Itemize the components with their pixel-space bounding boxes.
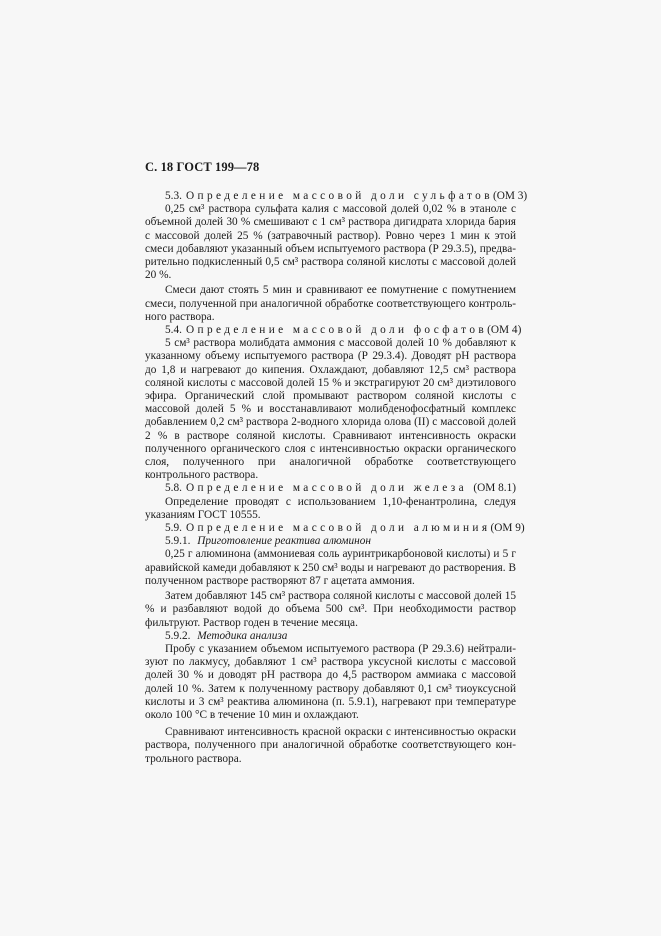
subsection-title: Приготовление реактива алюминон	[197, 535, 371, 547]
subsection-number: 5.9.2.	[165, 630, 190, 642]
section-code: (ОМ 4)	[487, 324, 521, 337]
section-code: (ОМ 3)	[493, 190, 527, 203]
section-number: 5.4.	[165, 324, 182, 337]
paragraph: Затем добавляют 145 см³ раствора соляной…	[145, 590, 516, 630]
paragraph: 5 см³ раствора молибдата аммония с массо…	[145, 337, 516, 482]
section-title: Определение массовой доли сульфатов	[182, 190, 493, 203]
section-heading-5-3: 5.3. Определение массовой доли сульфатов…	[145, 190, 516, 203]
running-head: С. 18 ГОСТ 199—78	[145, 160, 516, 174]
paragraph: Пробу с указанием объемом испытуемого ра…	[145, 643, 516, 722]
subsection-heading-5-9-2: 5.9.2. Методика анализа	[145, 630, 516, 643]
subsection-title: Методика анализа	[197, 630, 287, 642]
subsection-heading-5-9-1: 5.9.1. Приготовление реактива алюминон	[145, 535, 516, 548]
section-number: 5.9.	[165, 522, 182, 535]
subsection-number: 5.9.1.	[165, 535, 190, 547]
section-code: (ОМ 8.1)	[473, 482, 516, 495]
document-page: С. 18 ГОСТ 199—78 5.3. Определение массо…	[145, 160, 516, 766]
section-heading-5-8: 5.8. Определение массовой доли железа (О…	[145, 482, 516, 495]
section-code: (ОМ 9)	[490, 522, 524, 535]
paragraph: Смеси дают стоять 5 мин и сравнивают ее …	[145, 284, 516, 324]
section-number: 5.3.	[165, 190, 182, 203]
paragraph: 0,25 г алюминона (аммониевая соль ауринт…	[145, 548, 516, 588]
section-title: Определение массовой доли алюминия	[182, 522, 490, 535]
section-heading-5-9: 5.9. Определение массовой доли алюминия …	[145, 522, 516, 535]
paragraph: Сравнивают интенсивность красной окраски…	[145, 726, 516, 766]
section-number: 5.8.	[165, 482, 182, 495]
section-heading-5-4: 5.4. Определение массовой доли фосфатов …	[145, 324, 516, 337]
paragraph: 0,25 см³ раствора сульфата калия с массо…	[145, 203, 516, 282]
paragraph: Определение проводят с использованием 1,…	[145, 496, 516, 522]
section-title: Определение массовой доли фосфатов	[182, 324, 487, 337]
section-title: Определение массовой доли железа	[182, 482, 473, 495]
